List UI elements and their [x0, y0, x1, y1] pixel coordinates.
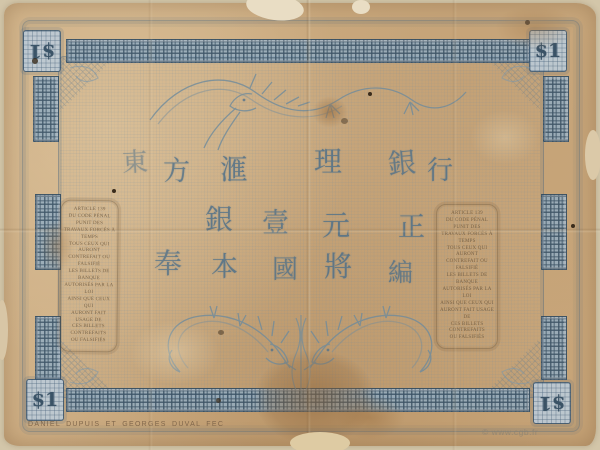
chinese-character: 將 — [324, 253, 352, 281]
chinese-character: 正 — [398, 214, 425, 241]
chinese-character: 銀 — [387, 149, 417, 179]
denomination-value: $1 — [539, 392, 565, 414]
denomination-value: $1 — [32, 389, 58, 411]
chinese-character: 銀 — [205, 206, 233, 234]
denomination-box-top-right: $1 — [529, 30, 567, 72]
denomination-box-bottom-right: $1 — [533, 382, 571, 424]
chinese-character: 編 — [388, 260, 413, 285]
chinese-character: 本 — [211, 254, 238, 281]
banknote-photo: $1 $1 $1 $1 — [0, 0, 600, 450]
chinese-character: 理 — [314, 148, 342, 176]
greek-key-panel-right-middle — [541, 194, 567, 270]
photo-watermark: © www.cgb.fr — [482, 427, 538, 437]
legal-text-block-left: ARTICLE 139 DU CODE PÉNAL PUNIT DES TRAV… — [59, 200, 119, 353]
engraver-credit: DANIEL DUPUIS ET GEORGES DUVAL FEC — [28, 421, 224, 428]
chinese-character: 滙 — [220, 156, 248, 184]
chinese-character: 國 — [272, 257, 298, 283]
greek-key-panel-left-middle — [35, 194, 61, 270]
greek-key-panel-right-top — [543, 76, 569, 142]
greek-key-band-top — [66, 39, 530, 63]
chinese-character: 奉 — [154, 250, 182, 278]
greek-key-panel-left-top — [33, 76, 59, 142]
denomination-value: $1 — [535, 40, 561, 62]
denomination-box-top-left: $1 — [23, 30, 61, 72]
chinese-character: 東 — [121, 149, 148, 176]
greek-key-band-bottom — [66, 388, 530, 412]
chinese-character: 行 — [427, 158, 453, 184]
chinese-character: 元 — [322, 212, 350, 240]
greek-key-panel-right-bottom — [541, 316, 567, 380]
denomination-value: $1 — [29, 40, 55, 62]
denomination-box-bottom-left: $1 — [26, 379, 64, 421]
chinese-character: 方 — [163, 158, 190, 185]
legal-text-block-right: ARTICLE 139 DU CODE PÉNAL PUNIT DES TRAV… — [436, 204, 498, 349]
chinese-character: 壹 — [262, 210, 289, 237]
greek-key-panel-left-bottom — [35, 316, 61, 380]
